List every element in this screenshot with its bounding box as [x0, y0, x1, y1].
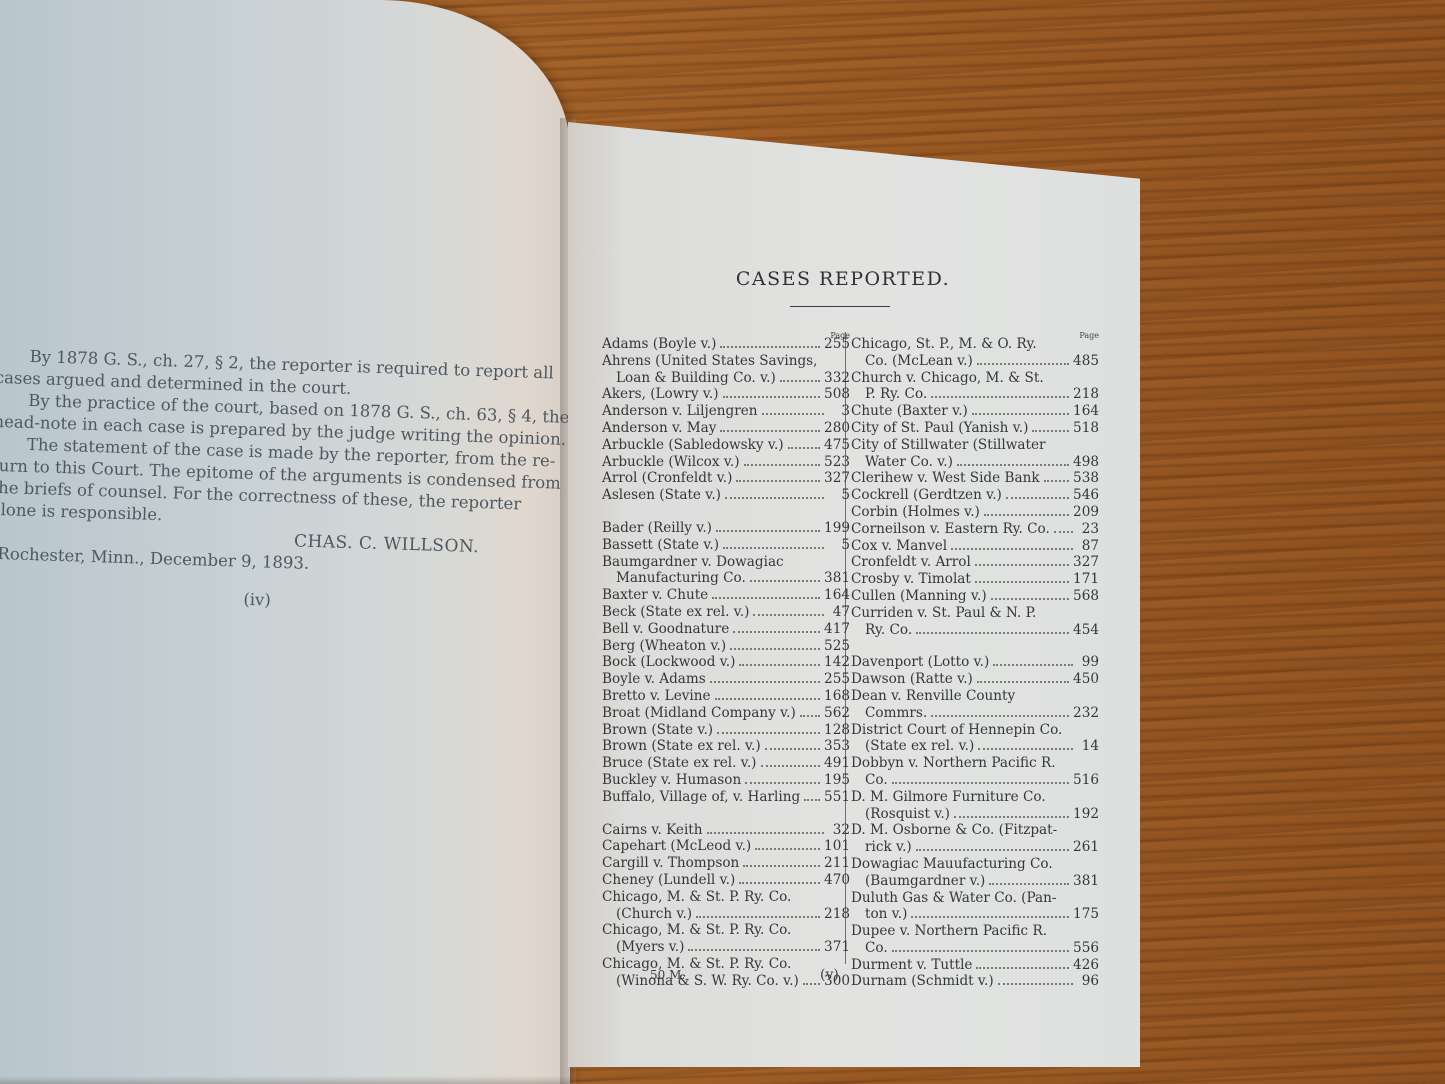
case-page-number: 523: [824, 454, 850, 471]
case-entry: Chicago, M. & St. P. Ry. Co.(Myers v.)37…: [602, 922, 850, 956]
case-entry: Crosby v. Timolat171: [851, 571, 1099, 588]
case-entry: D. M. Osborne & Co. (Fitzpat-rick v.)261: [851, 822, 1099, 856]
leader-dots: [750, 580, 820, 582]
case-name: Berg (Wheaton v.): [602, 638, 726, 655]
case-page-number: 470: [824, 872, 850, 889]
leader-dots: [1044, 480, 1069, 482]
case-page-number: 518: [1073, 420, 1099, 437]
case-page-number: 353: [824, 738, 850, 755]
case-name-continued: P. Ry. Co.: [865, 386, 927, 403]
leader-dots: [788, 447, 820, 449]
leader-dots: [723, 396, 820, 398]
case-page-number: 450: [1073, 671, 1099, 688]
case-page-number: 454: [1073, 622, 1099, 639]
case-page-number: 538: [1073, 470, 1099, 487]
case-entry: D. M. Gilmore Furniture Co.(Rosquist v.)…: [851, 789, 1099, 823]
case-page-number: 211: [824, 855, 850, 872]
case-name: Dean v. Renville County: [851, 688, 1099, 705]
case-entry: Anderson v. May280: [602, 420, 850, 437]
case-entry: Arbuckle (Sabledowsky v.)475: [602, 437, 850, 454]
case-entry: Cox v. Manvel87: [851, 538, 1099, 555]
case-page-number: 381: [1073, 873, 1099, 890]
letter-group-gap: [602, 806, 850, 822]
case-entry: Chicago, St. P., M. & O. Ry.Co. (McLean …: [851, 336, 1099, 370]
case-page-number: 168: [824, 688, 850, 705]
case-entry: Akers, (Lowry v.)508: [602, 386, 850, 403]
leader-dots: [976, 967, 1069, 969]
leader-dots: [951, 548, 1073, 550]
case-name: Buckley v. Humason: [602, 772, 741, 789]
case-name: Dupee v. Northern Pacific R.: [851, 923, 1099, 940]
case-name: Bell v. Goodnature: [602, 621, 729, 638]
case-page-number: 371: [824, 939, 850, 956]
case-name-continued: rick v.): [865, 839, 912, 856]
case-entry: Berg (Wheaton v.)525: [602, 638, 850, 655]
signature-mark: 50 M.: [650, 968, 685, 982]
case-entry: Dawson (Ratte v.)450: [851, 671, 1099, 688]
case-entry: Bruce (State ex rel. v.)491: [602, 755, 850, 772]
leader-dots: [707, 832, 824, 834]
case-page-number: 332: [824, 370, 850, 387]
case-name: Corbin (Holmes v.): [851, 504, 980, 521]
leader-dots: [916, 849, 1069, 851]
case-name: Boyle v. Adams: [602, 671, 706, 688]
case-entry: District Court of Hennepin Co.(State ex …: [851, 722, 1099, 756]
case-name: Baumgardner v. Dowagiac: [602, 554, 850, 571]
case-entry: Dupee v. Northern Pacific R.Co.556: [851, 923, 1099, 957]
case-name: City of St. Paul (Yanish v.): [851, 420, 1028, 437]
case-page-number: 516: [1073, 772, 1099, 789]
leader-dots: [977, 363, 1069, 365]
leader-dots: [1006, 497, 1069, 499]
leader-dots: [715, 698, 820, 700]
leader-dots: [954, 816, 1069, 818]
case-entry: Corneilson v. Eastern Ry. Co.23: [851, 521, 1099, 538]
title-rule: [790, 306, 890, 307]
case-entry: City of Stillwater (StillwaterWater Co. …: [851, 437, 1099, 471]
case-name-continued: Ry. Co.: [865, 622, 912, 639]
case-name: City of Stillwater (Stillwater: [851, 437, 1099, 454]
case-page-number: 3: [828, 403, 850, 420]
leader-dots: [736, 480, 820, 482]
leader-dots: [725, 497, 824, 499]
case-page-number: 32: [828, 822, 850, 839]
case-name-continued: (Winona & S. W. Ry. Co. v.): [616, 973, 799, 990]
case-page-number: 5: [828, 487, 850, 504]
case-name: Cullen (Manning v.): [851, 588, 987, 605]
case-name: Chicago, M. & St. P. Ry. Co.: [602, 922, 850, 939]
leader-dots: [688, 949, 820, 951]
case-entry: Durment v. Tuttle426: [851, 957, 1099, 974]
case-entry: Chicago, M. & St. P. Ry. Co.(Church v.)2…: [602, 889, 850, 923]
case-page-number: 14: [1077, 738, 1099, 755]
case-name: Corneilson v. Eastern Ry. Co.: [851, 521, 1050, 538]
case-name: Cox v. Manvel: [851, 538, 947, 555]
case-page-number: 475: [824, 437, 850, 454]
case-name-continued: (State ex rel. v.): [865, 738, 974, 755]
case-page-number: 142: [824, 654, 850, 671]
case-name: Chicago, M. & St. P. Ry. Co.: [602, 889, 850, 906]
leader-dots: [1032, 430, 1069, 432]
page-number-left: (iv): [0, 581, 562, 621]
case-page-number: 218: [824, 906, 850, 923]
case-entry: Ahrens (United States Savings,Loan & Bui…: [602, 353, 850, 387]
case-name: Dowagiac Mauufacturing Co.: [851, 856, 1099, 873]
case-name: Cronfeldt v. Arrol: [851, 554, 971, 571]
case-page-number: 417: [824, 621, 850, 638]
case-name: D. M. Gilmore Furniture Co.: [851, 789, 1099, 806]
page-title: CASES REPORTED.: [728, 268, 958, 290]
leader-dots: [975, 564, 1069, 566]
case-page-number: 556: [1073, 940, 1099, 957]
case-entry: Corbin (Holmes v.)209: [851, 504, 1099, 521]
leader-dots: [765, 748, 820, 750]
case-page-number: 171: [1073, 571, 1099, 588]
case-page-number: 164: [824, 587, 850, 604]
case-page-number: 498: [1073, 454, 1099, 471]
case-name: Cockrell (Gerdtzen v.): [851, 487, 1002, 504]
case-name: Chicago, M. & St. P. Ry. Co.: [602, 956, 850, 973]
case-page-number: 546: [1073, 487, 1099, 504]
leader-dots: [753, 614, 824, 616]
case-name-continued: Co.: [865, 772, 888, 789]
case-name: Brown (State ex rel. v.): [602, 738, 761, 755]
case-name: Dobbyn v. Northern Pacific R.: [851, 755, 1099, 772]
case-entry: Bretto v. Levine168: [602, 688, 850, 705]
leader-dots: [800, 715, 820, 717]
leader-dots: [972, 413, 1069, 415]
case-page-number: 199: [824, 520, 850, 537]
leader-dots: [984, 514, 1069, 516]
leader-dots: [931, 715, 1069, 717]
right-page: CASES REPORTED. Page Adams (Boyle v.)255…: [568, 122, 1140, 1067]
leader-dots: [991, 598, 1069, 600]
case-page-number: 175: [1073, 906, 1099, 923]
case-entry: Bell v. Goodnature417: [602, 621, 850, 638]
case-name: Arbuckle (Wilcox v.): [602, 454, 740, 471]
case-page-number: 255: [824, 336, 850, 353]
case-entry: Dean v. Renville CountyCommrs.232: [851, 688, 1099, 722]
page-edge-shadow: [0, 1076, 570, 1084]
case-page-number: 261: [1073, 839, 1099, 856]
case-page-number: 491: [824, 755, 850, 772]
case-name: Bassett (State v.): [602, 537, 719, 554]
case-name: Beck (State ex rel. v.): [602, 604, 749, 621]
leader-dots: [998, 983, 1073, 985]
case-name-continued: ton v.): [865, 906, 907, 923]
case-entry: Adams (Boyle v.)255: [602, 336, 850, 353]
case-page-number: 5: [828, 537, 850, 554]
leader-dots: [762, 413, 825, 415]
case-entry: Boyle v. Adams255: [602, 671, 850, 688]
case-entry: Buckley v. Humason195: [602, 772, 850, 789]
leader-dots: [780, 380, 820, 382]
leader-dots: [720, 430, 820, 432]
case-name: Cairns v. Keith: [602, 822, 703, 839]
case-name-continued: (Church v.): [616, 906, 692, 923]
case-name: Ahrens (United States Savings,: [602, 353, 850, 370]
case-page-number: 195: [824, 772, 850, 789]
case-entry: Baxter v. Chute164: [602, 587, 850, 604]
case-page-number: 280: [824, 420, 850, 437]
case-name: Akers, (Lowry v.): [602, 386, 719, 403]
case-entry: Bock (Lockwood v.)142: [602, 654, 850, 671]
case-name: Durnam (Schmidt v.): [851, 973, 994, 990]
case-page-number: 562: [824, 705, 850, 722]
case-entry: Brown (State v.)128: [602, 722, 850, 739]
leader-dots: [745, 782, 820, 784]
case-name: Bader (Reilly v.): [602, 520, 712, 537]
case-name-continued: (Baumgardner v.): [865, 873, 985, 890]
case-entry: Dowagiac Mauufacturing Co.(Baumgardner v…: [851, 856, 1099, 890]
letter-group-gap: [851, 638, 1099, 654]
leader-dots: [916, 632, 1069, 634]
case-page-number: 232: [1073, 705, 1099, 722]
case-name: Bretto v. Levine: [602, 688, 711, 705]
case-name: Duluth Gas & Water Co. (Pan-: [851, 890, 1099, 907]
case-name: Curriden v. St. Paul & N. P.: [851, 605, 1099, 622]
case-page-number: 551: [824, 789, 850, 806]
case-name-continued: Manufacturing Co.: [616, 570, 746, 587]
case-name: Church v. Chicago, M. & St.: [851, 370, 1099, 387]
case-page-number: 99: [1077, 654, 1099, 671]
leader-dots: [755, 848, 820, 850]
case-entry: Brown (State ex rel. v.)353: [602, 738, 850, 755]
case-page-number: 96: [1077, 973, 1099, 990]
case-name: Buffalo, Village of, v. Harling: [602, 789, 800, 806]
case-entry: Dobbyn v. Northern Pacific R.Co.516: [851, 755, 1099, 789]
case-page-number: 209: [1073, 504, 1099, 521]
case-name: Cargill v. Thompson: [602, 855, 739, 872]
case-entry: Buffalo, Village of, v. Harling551: [602, 789, 850, 806]
case-name-continued: Co. (McLean v.): [865, 353, 973, 370]
case-page-number: 255: [824, 671, 850, 688]
case-page-number: 218: [1073, 386, 1099, 403]
case-page-number: 47: [828, 604, 850, 621]
case-entry: Cheney (Lundell v.)470: [602, 872, 850, 889]
case-name: Aslesen (State v.): [602, 487, 721, 504]
case-entry: Aslesen (State v.)5: [602, 487, 850, 504]
case-entry: Cronfeldt v. Arrol327: [851, 554, 1099, 571]
case-page-number: 327: [824, 470, 850, 487]
case-name: Chute (Baxter v.): [851, 403, 968, 420]
case-name: Davenport (Lotto v.): [851, 654, 989, 671]
case-name: Crosby v. Timolat: [851, 571, 971, 588]
case-name: Anderson v. May: [602, 420, 716, 437]
leader-dots: [739, 664, 820, 666]
case-entry: Cargill v. Thompson211: [602, 855, 850, 872]
case-name-continued: Loan & Building Co. v.): [616, 370, 776, 387]
case-page-number: 508: [824, 386, 850, 403]
case-name-continued: Water Co. v.): [865, 454, 953, 471]
case-entry: Cullen (Manning v.)568: [851, 588, 1099, 605]
case-entry: Davenport (Lotto v.)99: [851, 654, 1099, 671]
case-name-continued: (Myers v.): [616, 939, 684, 956]
case-name-continued: Commrs.: [865, 705, 927, 722]
case-entry: Bassett (State v.)5: [602, 537, 850, 554]
case-entry: Church v. Chicago, M. & St.P. Ry. Co.218: [851, 370, 1099, 404]
leader-dots: [1054, 531, 1073, 533]
case-entry: Capehart (McLeod v.)101: [602, 838, 850, 855]
case-entry: Broat (Midland Company v.)562: [602, 705, 850, 722]
case-entry: Bader (Reilly v.)199: [602, 520, 850, 537]
leader-dots: [717, 732, 820, 734]
case-page-number: 525: [824, 638, 850, 655]
leader-dots: [975, 581, 1069, 583]
case-name: Bock (Lockwood v.): [602, 654, 735, 671]
case-page-number: 381: [824, 570, 850, 587]
case-name: District Court of Hennepin Co.: [851, 722, 1099, 739]
case-page-number: 568: [1073, 588, 1099, 605]
case-name: Dawson (Ratte v.): [851, 671, 973, 688]
case-entry: Durnam (Schmidt v.)96: [851, 973, 1099, 990]
case-name: Anderson v. Liljengren: [602, 403, 758, 420]
case-page-number: 426: [1073, 957, 1099, 974]
case-name: Chicago, St. P., M. & O. Ry.: [851, 336, 1099, 353]
case-entry: Beck (State ex rel. v.)47: [602, 604, 850, 621]
leader-dots: [931, 396, 1069, 398]
case-entry: Arrol (Cronfeldt v.)327: [602, 470, 850, 487]
case-page-number: 164: [1073, 403, 1099, 420]
case-entry: Clerihew v. West Side Bank538: [851, 470, 1099, 487]
left-page: By 1878 G. S., ch. 27, § 2, the reporter…: [0, 0, 570, 1084]
case-name: Baxter v. Chute: [602, 587, 708, 604]
case-entry: Duluth Gas & Water Co. (Pan-ton v.)175: [851, 890, 1099, 924]
case-name: Broat (Midland Company v.): [602, 705, 796, 722]
case-name: Clerihew v. West Side Bank: [851, 470, 1040, 487]
leader-dots: [803, 983, 820, 985]
case-name: Capehart (McLeod v.): [602, 838, 751, 855]
leader-dots: [743, 865, 820, 867]
leader-dots: [730, 648, 820, 650]
case-name: Arbuckle (Sabledowsky v.): [602, 437, 784, 454]
leader-dots: [720, 346, 820, 348]
case-name: Cheney (Lundell v.): [602, 872, 735, 889]
leader-dots: [710, 681, 820, 683]
case-page-number: 101: [824, 838, 850, 855]
case-entry: Anderson v. Liljengren3: [602, 403, 850, 420]
case-page-number: 192: [1073, 806, 1099, 823]
leader-dots: [977, 681, 1069, 683]
index-column-right: Page Chicago, St. P., M. & O. Ry.Co. (Mc…: [851, 332, 1099, 990]
case-name-continued: Co.: [865, 940, 888, 957]
case-name: Bruce (State ex rel. v.): [602, 755, 757, 772]
leader-dots: [723, 547, 824, 549]
case-name: Brown (State v.): [602, 722, 713, 739]
leader-dots: [892, 782, 1069, 784]
leader-dots: [804, 799, 820, 801]
case-page-number: 128: [824, 722, 850, 739]
leader-dots: [739, 882, 820, 884]
leader-dots: [716, 530, 820, 532]
preface-text: By 1878 G. S., ch. 27, § 2, the reporter…: [0, 345, 570, 621]
leader-dots: [761, 765, 821, 767]
case-entry: City of St. Paul (Yanish v.)518: [851, 420, 1099, 437]
leader-dots: [712, 597, 820, 599]
case-name: Durment v. Tuttle: [851, 957, 972, 974]
leader-dots: [957, 464, 1069, 466]
case-entry: Cockrell (Gerdtzen v.)546: [851, 487, 1099, 504]
case-entry: Chute (Baxter v.)164: [851, 403, 1099, 420]
letter-group-gap: [602, 504, 850, 520]
leader-dots: [989, 883, 1069, 885]
index-column-left: Page Adams (Boyle v.)255Ahrens (United S…: [602, 332, 850, 989]
case-entry: Baumgardner v. DowagiacManufacturing Co.…: [602, 554, 850, 588]
case-name: Arrol (Cronfeldt v.): [602, 470, 732, 487]
case-entry: Curriden v. St. Paul & N. P.Ry. Co.454: [851, 605, 1099, 639]
case-page-number: 327: [1073, 554, 1099, 571]
case-page-number: 23: [1077, 521, 1099, 538]
case-page-number: 87: [1077, 538, 1099, 555]
leader-dots: [911, 916, 1069, 918]
case-page-number: 485: [1073, 353, 1099, 370]
leader-dots: [744, 464, 821, 466]
leader-dots: [696, 916, 820, 918]
case-entry: Cairns v. Keith32: [602, 822, 850, 839]
case-entry: Chicago, M. & St. P. Ry. Co.(Winona & S.…: [602, 956, 850, 990]
leader-dots: [892, 950, 1069, 952]
case-name: D. M. Osborne & Co. (Fitzpat-: [851, 822, 1099, 839]
leader-dots: [993, 664, 1073, 666]
case-name: Adams (Boyle v.): [602, 336, 716, 353]
leader-dots: [978, 748, 1073, 750]
page-number-right: (v): [820, 967, 839, 983]
case-name-continued: (Rosquist v.): [865, 806, 950, 823]
leader-dots: [733, 631, 820, 633]
case-entry: Arbuckle (Wilcox v.)523: [602, 454, 850, 471]
